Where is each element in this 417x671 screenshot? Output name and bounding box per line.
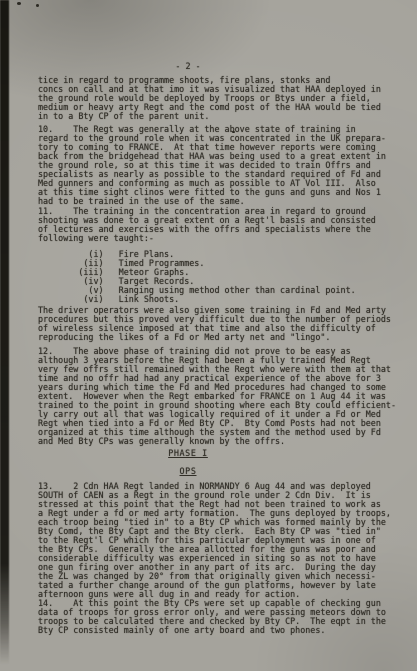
paragraph-11-driver-operators: The driver operators were also given som… xyxy=(38,306,391,342)
paragraph-11: 11. The training in the concentration ar… xyxy=(38,207,376,243)
section-heading-ops: OPS xyxy=(38,467,338,476)
training-topics-list: (i) Fire Plans. (ii) Timed Programmes. (… xyxy=(38,250,356,304)
paragraph-continuation: tice in regard to programme shoots, fire… xyxy=(38,76,381,121)
scanned-document-page: - 2 - tice in regard to programme shoots… xyxy=(0,0,417,671)
scan-speck xyxy=(17,2,21,5)
section-heading-phase-1: PHASE I xyxy=(38,449,338,458)
paragraph-10: 10. The Regt was generally at the above … xyxy=(38,125,386,206)
paragraph-14: 14. At this point the Bty CPs were set u… xyxy=(38,599,386,635)
scan-speck xyxy=(36,4,39,7)
scan-edge-shadow xyxy=(0,0,9,671)
paragraph-12: 12. The above phase of training did not … xyxy=(38,347,396,446)
paragraph-13: 13. 2 Cdn HAA Regt landed in NORMANDY 6 … xyxy=(38,482,391,599)
page-number: - 2 - xyxy=(38,62,338,71)
